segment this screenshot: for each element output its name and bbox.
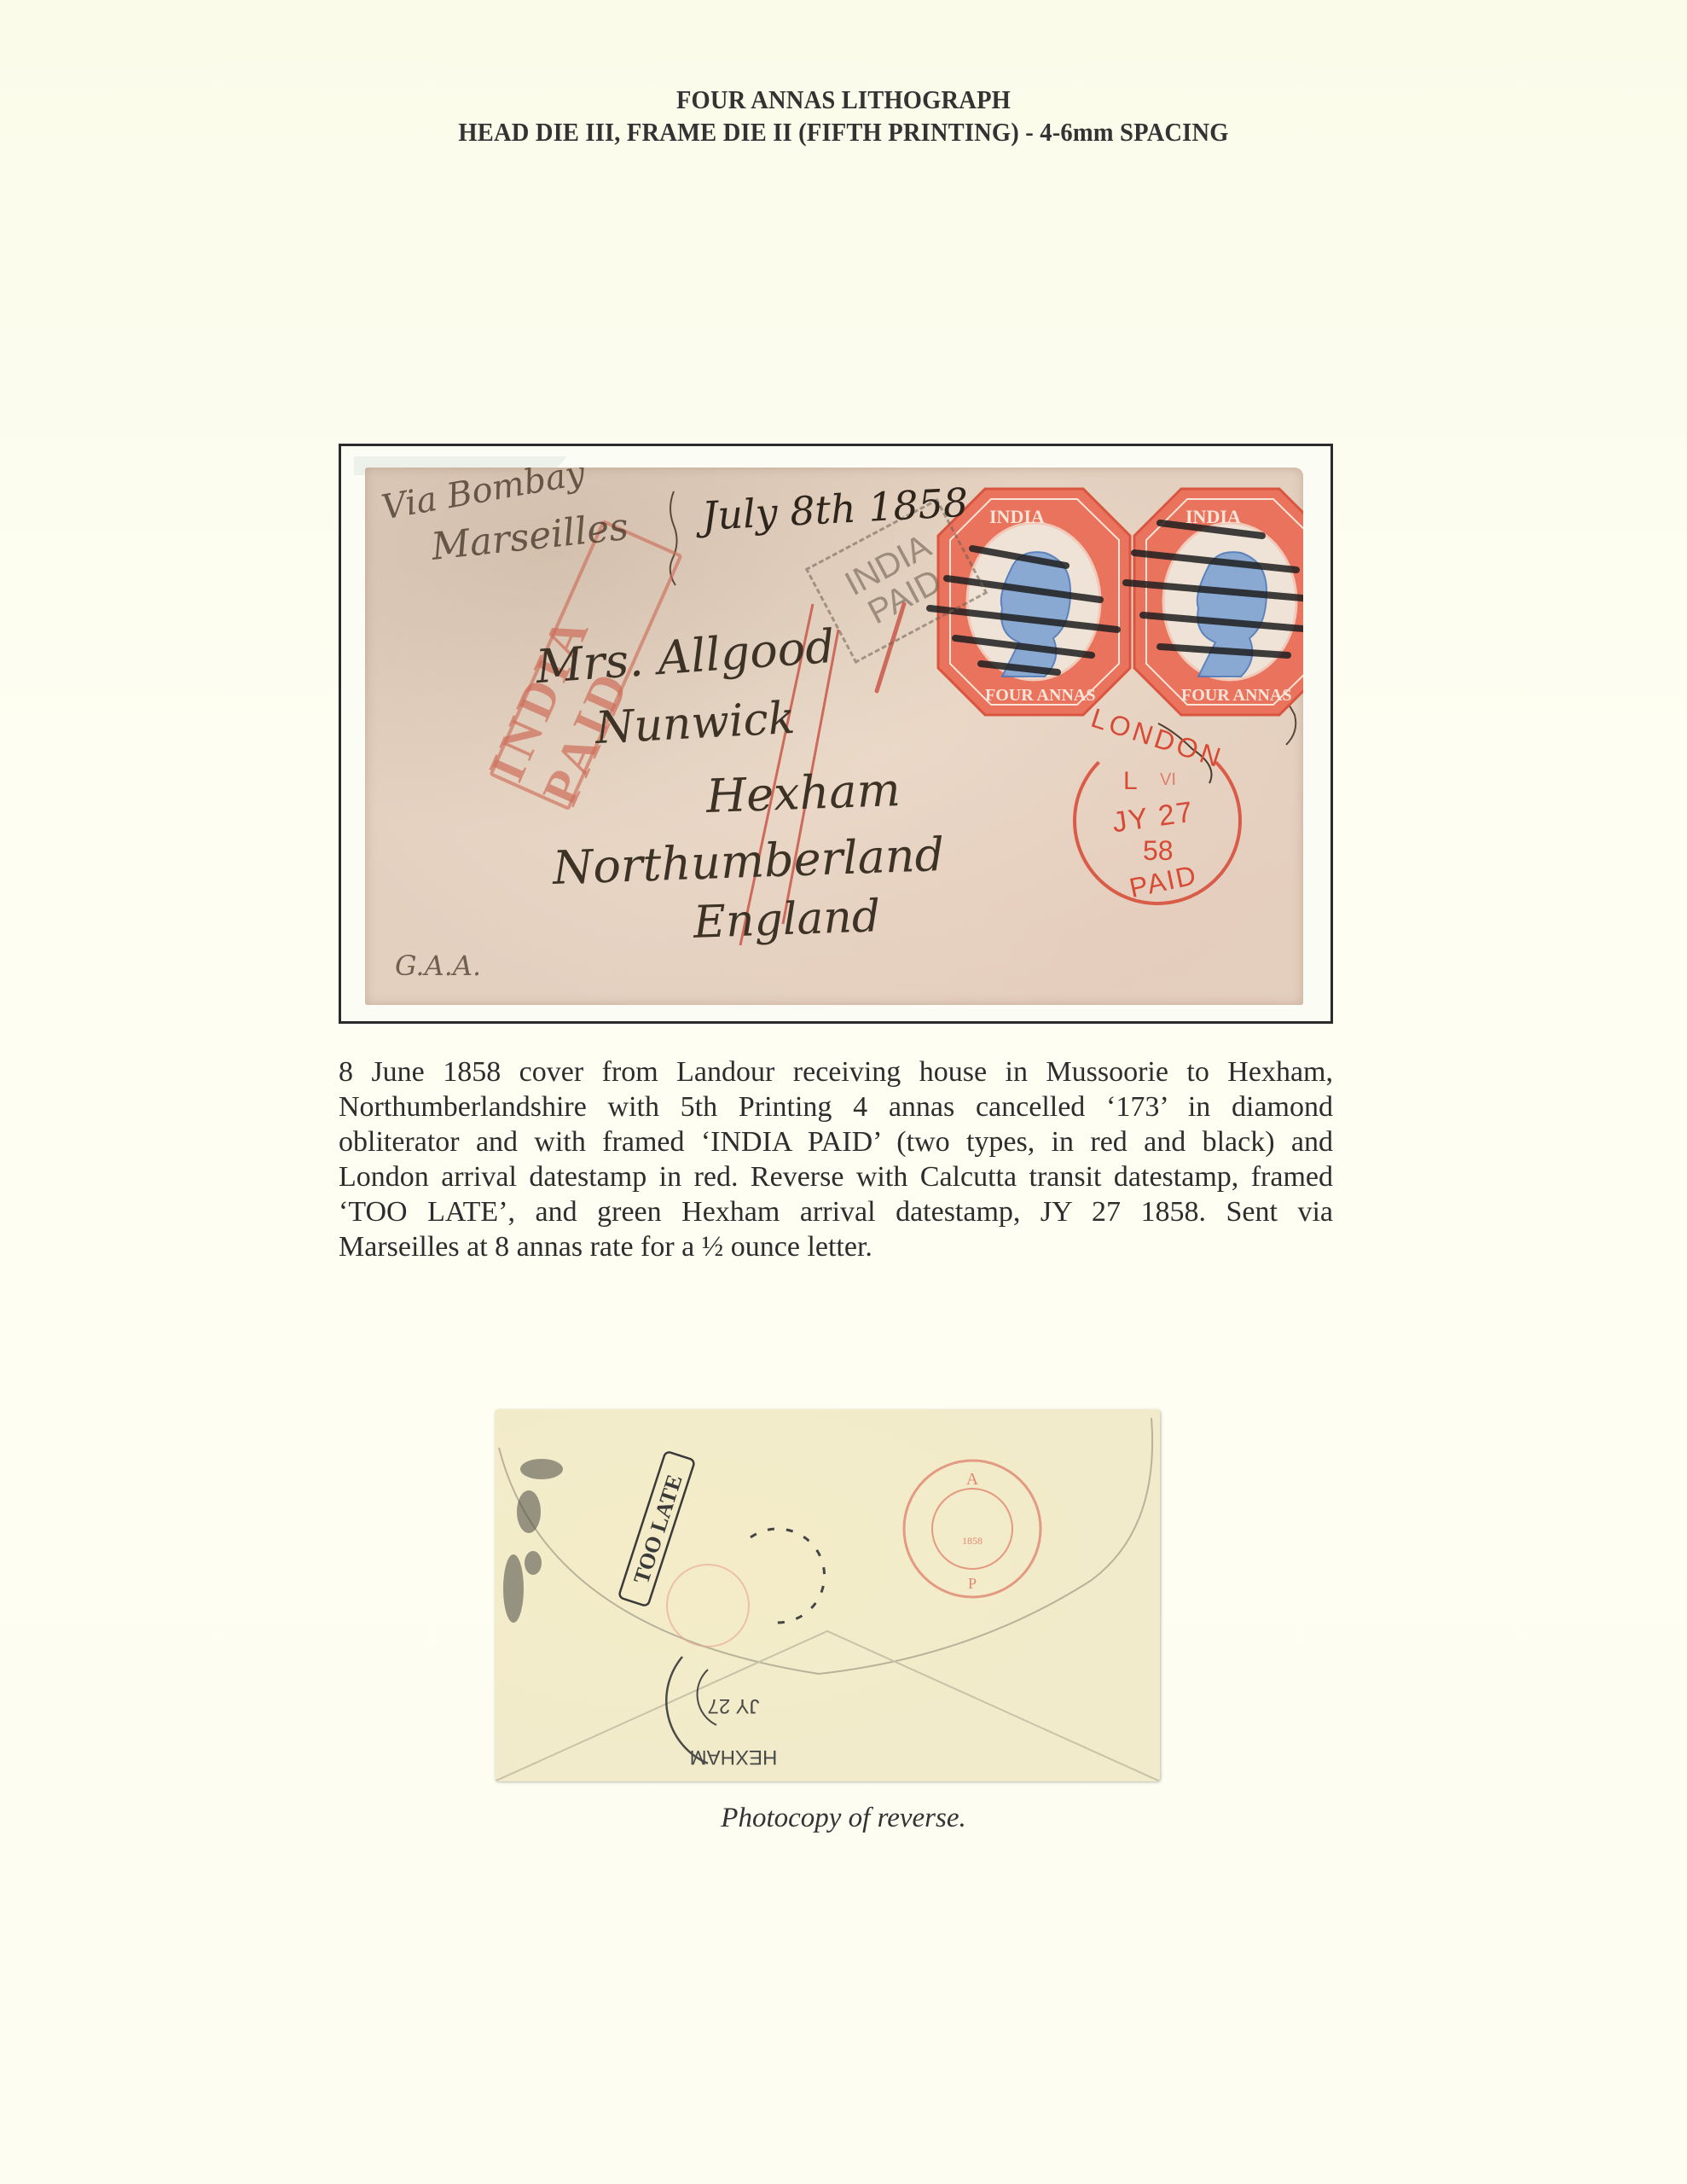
stamp-left-bottom-text: FOUR ANNAS: [985, 686, 1095, 705]
london-cds-code: L: [1123, 767, 1138, 796]
address-line: England: [693, 891, 881, 949]
description-line: ‘TOO LATE’, and green Hexham arrival dat…: [339, 1194, 1333, 1229]
cover-front: INDIA FOUR ANNAS INDIA FOUR ANNAS INDIA …: [365, 468, 1303, 1005]
description-line: obliterator and with framed ‘INDIA PAID’…: [339, 1124, 1333, 1159]
address-line: Nunwick: [594, 693, 797, 754]
svg-text:P: P: [968, 1575, 977, 1592]
svg-text:TOO LATE: TOO LATE: [629, 1472, 687, 1587]
calcutta-transit-datestamp: A P 1858: [904, 1461, 1041, 1597]
reverse-caption: Photocopy of reverse.: [0, 1803, 1687, 1834]
stamp-left-top-text: INDIA: [989, 506, 1045, 527]
page-title: FOUR ANNAS LITHOGRAPH HEAD DIE III, FRAM…: [0, 84, 1687, 148]
description-line: 8 June 1858 cover from Landour receiving…: [339, 1054, 1333, 1089]
hexham-arrival-datestamp: JY 27 HEXHAM: [666, 1657, 777, 1769]
title-line-1: FOUR ANNAS LITHOGRAPH: [67, 84, 1620, 116]
address-line: Hexham: [705, 763, 901, 823]
reverse-markings: TOO LATE A P 1858 JY 27 HEXHAM: [495, 1409, 1160, 1781]
svg-text:1858: 1858: [962, 1535, 983, 1547]
description-line: London arrival datestamp in red. Reverse…: [339, 1159, 1333, 1194]
title-line-2: HEAD DIE III, FRAME DIE II (FIFTH PRINTI…: [67, 116, 1620, 148]
stamp-right-bottom-text: FOUR ANNAS: [1181, 686, 1291, 705]
london-cds-code-2: VI: [1160, 770, 1176, 790]
cover-description: 8 June 1858 cover from Landour receiving…: [339, 1054, 1333, 1264]
stamp-right-top-text: INDIA: [1186, 506, 1241, 527]
svg-text:HEXHAM: HEXHAM: [690, 1745, 778, 1769]
svg-text:A: A: [966, 1470, 979, 1489]
stamp-pair: INDIA FOUR ANNAS INDIA FOUR ANNAS: [930, 489, 1303, 715]
svg-text:JY 27: JY 27: [708, 1694, 760, 1717]
cover-reverse-photocopy: TOO LATE A P 1858 JY 27 HEXHAM: [495, 1409, 1160, 1781]
manuscript-initials: G.A.A.: [395, 950, 481, 982]
description-line: Marseilles at 8 annas rate for a ½ ounce…: [339, 1229, 1333, 1264]
london-cds-year: 58: [1143, 835, 1174, 867]
description-line: Northumberlandshire with 5th Printing 4 …: [339, 1089, 1333, 1124]
london-cds-date: JY 27: [1110, 795, 1197, 839]
london-paid-datestamp: LONDON L VI JY 27 58 PAID: [1073, 736, 1242, 905]
too-late-handstamp: TOO LATE: [618, 1451, 695, 1606]
london-cds-bottom: PAID: [1127, 859, 1200, 904]
